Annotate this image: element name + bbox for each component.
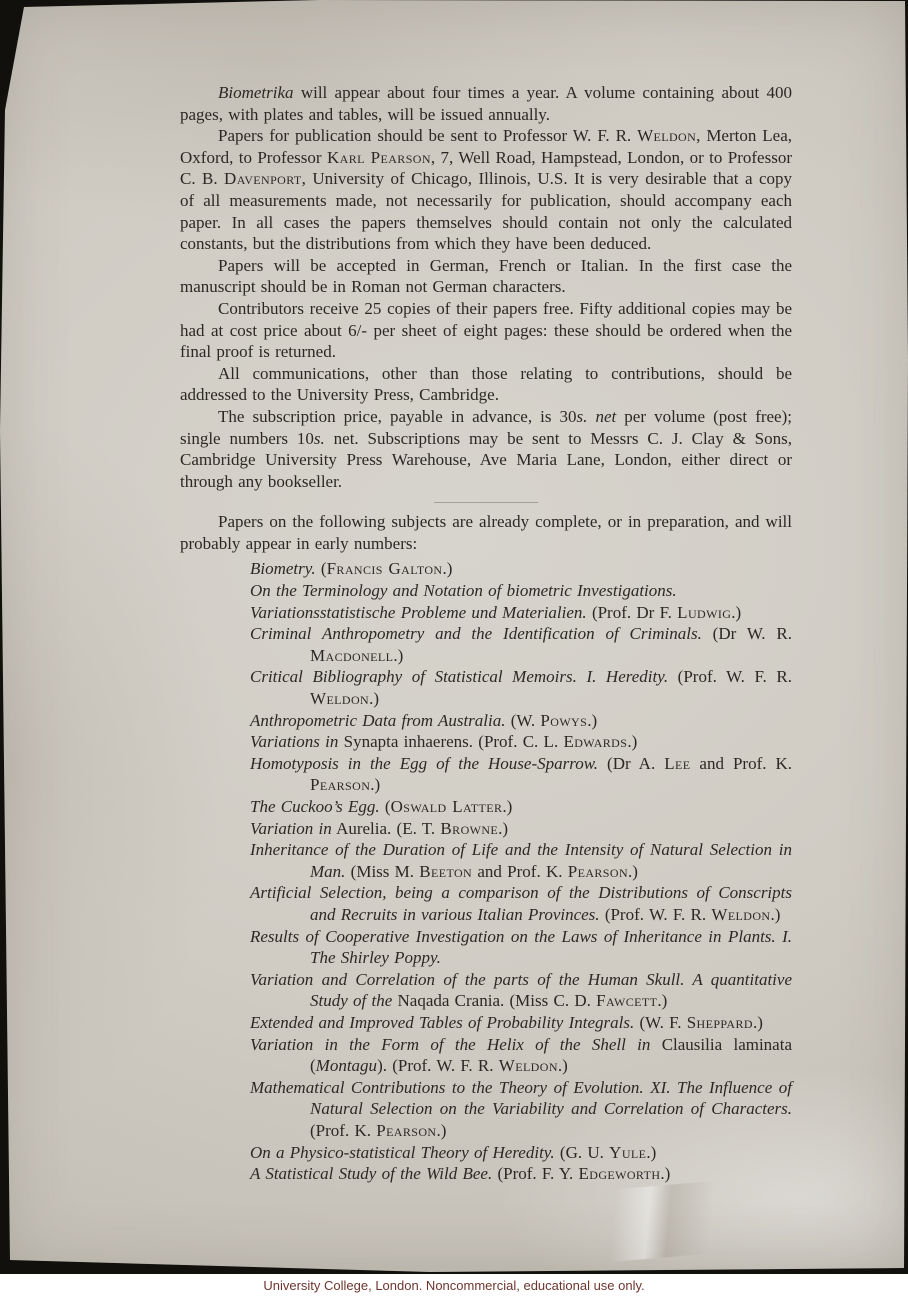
text-segment: Montagu [316,1056,377,1075]
text-segment: The subscription price, payable in advan… [218,407,577,426]
paper-list-item: Variation in Aurelia. (E. T. Browne.) [250,818,792,840]
text-segment: Variations in [250,732,338,751]
text-segment: (Prof. W. F. R. [600,905,712,924]
text-segment: Papers for publication should be sent to… [218,126,637,145]
text-segment: .) [370,775,380,794]
text-segment: Variation in [250,819,332,838]
text-segment: (W. [506,711,541,730]
text-segment: Sheppard [687,1013,753,1032]
caption-text: University College, London. Noncommercia… [263,1278,644,1293]
text-segment: Synapta inhaerens. (Prof. C. L. [338,732,563,751]
text-segment: Weldon [711,905,770,924]
text-segment: .) [770,905,780,924]
paper-list-item: Results of Cooperative Investigation on … [250,926,792,969]
text-segment: Papers on the following subjects are alr… [180,512,792,553]
paper-list-item: Variationsstatistische Probleme und Mate… [250,602,792,624]
paper-list-item: Artificial Selection, being a comparison… [250,882,792,925]
text-segment: Davenport [224,169,302,188]
text-segment: Beeton [419,862,472,881]
intro-paragraphs: Biometrika will appear about four times … [180,82,792,492]
text-segment: Papers will be accepted in German, Frenc… [180,256,792,297]
text-segment: Powys [540,711,587,730]
text-segment: Naqada Crania. (Miss C. D. [392,991,596,1010]
paper-list-item: Critical Bibliography of Statistical Mem… [250,666,792,709]
text-segment: (Prof. K. [310,1121,376,1140]
text-segment: Biometry. [250,559,316,578]
text-segment: Browne [440,819,498,838]
list-intro: Papers on the following subjects are alr… [180,511,792,554]
text-segment: On a Physico-statistical Theory of Hered… [250,1143,555,1162]
caption-bar: University College, London. Noncommercia… [0,1274,908,1296]
text-segment: .) [502,797,512,816]
text-segment: .) [587,711,597,730]
paper-list-item: Criminal Anthropometry and the Identific… [250,623,792,666]
text-segment: Edwards [563,732,627,751]
text-segment: Biometrika [218,83,294,102]
text-segment: Oswald Latter [391,797,503,816]
text-segment: .) [628,862,638,881]
paragraph: Biometrika will appear about four times … [180,82,792,125]
paragraph: Papers for publication should be sent to… [180,125,792,255]
paper-list-item: Mathematical Contributions to the Theory… [250,1077,792,1142]
text-segment: (W. F. [634,1013,687,1032]
paper-list-item: Extended and Improved Tables of Probabil… [250,1012,792,1034]
text-segment: (Prof. W. F. R. [668,667,792,686]
text-segment: Critical Bibliography of Statistical Mem… [250,667,668,686]
text-segment: Variationsstatistische Probleme und Mate… [250,603,587,622]
list-intro-paragraph: Papers on the following subjects are alr… [180,511,792,554]
text-segment: (Dr A. [598,754,664,773]
papers-list: Biometry. (Francis Galton.)On the Termin… [180,558,792,1184]
paragraph: The subscription price, payable in advan… [180,406,792,492]
paper-list-item: Variations in Synapta inhaerens. (Prof. … [250,731,792,753]
text-segment: All communications, other than those rel… [180,364,792,405]
text-segment: .) [393,646,403,665]
text-segment: Contributors receive 25 copies of their … [180,299,792,361]
text-segment: .) [660,1164,670,1183]
paper-list-item: The Cuckoo’s Egg. (Oswald Latter.) [250,796,792,818]
text-segment: .) [436,1121,446,1140]
text-segment: Pearson [568,862,628,881]
paper-list-item: Anthropometric Data from Australia. (W. … [250,710,792,732]
paper-list-item: On a Physico-statistical Theory of Hered… [250,1142,792,1164]
text-segment: Yule [609,1143,646,1162]
text-segment: Ludwig [677,603,731,622]
text-segment: Results of Cooperative Investigation on … [250,927,792,968]
text-segment: Weldon [499,1056,558,1075]
paragraph: Contributors receive 25 copies of their … [180,298,792,363]
text-segment: The Cuckoo’s Egg. [250,797,380,816]
text-segment: A Statistical Study of the Wild Bee. [250,1164,492,1183]
paper-list-item: Variation in the Form of the Helix of th… [250,1034,792,1077]
text-segment: Pearson [376,1121,436,1140]
text-segment: .) [627,732,637,751]
text-segment: Macdonell [310,646,393,665]
paper-list-item: Biometry. (Francis Galton.) [250,558,792,580]
text-segment: Pearson [310,775,370,794]
text-segment: Homotyposis in the Egg of the House-Spar… [250,754,598,773]
text-segment: .) [369,689,379,708]
text-segment: ( [316,559,327,578]
text-segment: s. [314,429,325,448]
text-segment: Anthropometric Data from Australia. [250,711,506,730]
text-segment: .) [498,819,508,838]
paragraph: Papers will be accepted in German, Frenc… [180,255,792,298]
text-segment: (G. U. [555,1143,609,1162]
text-segment: Criminal Anthropometry and the Identific… [250,624,702,643]
text-segment: Fawcett [596,991,657,1010]
text-segment: .) [657,991,667,1010]
paper-list-item: Variation and Correlation of the parts o… [250,969,792,1012]
paragraph: All communications, other than those rel… [180,363,792,406]
text-segment: Extended and Improved Tables of Probabil… [250,1013,634,1032]
text-segment: (Miss M. [345,862,419,881]
scanned-page-scene: Biometrika will appear about four times … [0,0,908,1296]
text-segment: Weldon [637,126,696,145]
text-segment: Mathematical Contributions to the Theory… [250,1078,792,1119]
text-segment: and Prof. K. [472,862,568,881]
text-segment: .) [558,1056,568,1075]
text-segment: ). (Prof. W. F. R. [377,1056,499,1075]
text-segment: Edgeworth [578,1164,660,1183]
paper-sheet: Biometrika will appear about four times … [0,0,908,1274]
text-segment: ( [380,797,391,816]
page-content: Biometrika will appear about four times … [180,82,792,1185]
text-segment: Variation in the Form of the Helix of th… [250,1035,650,1054]
text-segment: s. net [577,407,617,426]
text-segment: Francis Galton [327,559,443,578]
text-segment: Lee [664,754,690,773]
text-segment: .) [731,603,741,622]
paper-list-item: A Statistical Study of the Wild Bee. (Pr… [250,1163,792,1185]
text-segment: Weldon [310,689,369,708]
text-segment: Aurelia. (E. T. [332,819,441,838]
paper-list-item: On the Terminology and Notation of biome… [250,580,792,602]
text-segment: and Prof. K. [690,754,792,773]
paper-list-item: Homotyposis in the Egg of the House-Spar… [250,753,792,796]
text-segment: .) [753,1013,763,1032]
text-segment: .) [443,559,453,578]
text-segment: .) [646,1143,656,1162]
text-segment: (Prof. F. Y. [492,1164,578,1183]
text-segment: Karl Pearson [327,148,431,167]
section-divider [434,502,538,503]
text-segment: On the Terminology and Notation of biome… [250,581,677,600]
text-segment: (Dr W. R. [702,624,792,643]
paper-list-item: Inheritance of the Duration of Life and … [250,839,792,882]
text-segment: (Prof. Dr F. [587,603,677,622]
